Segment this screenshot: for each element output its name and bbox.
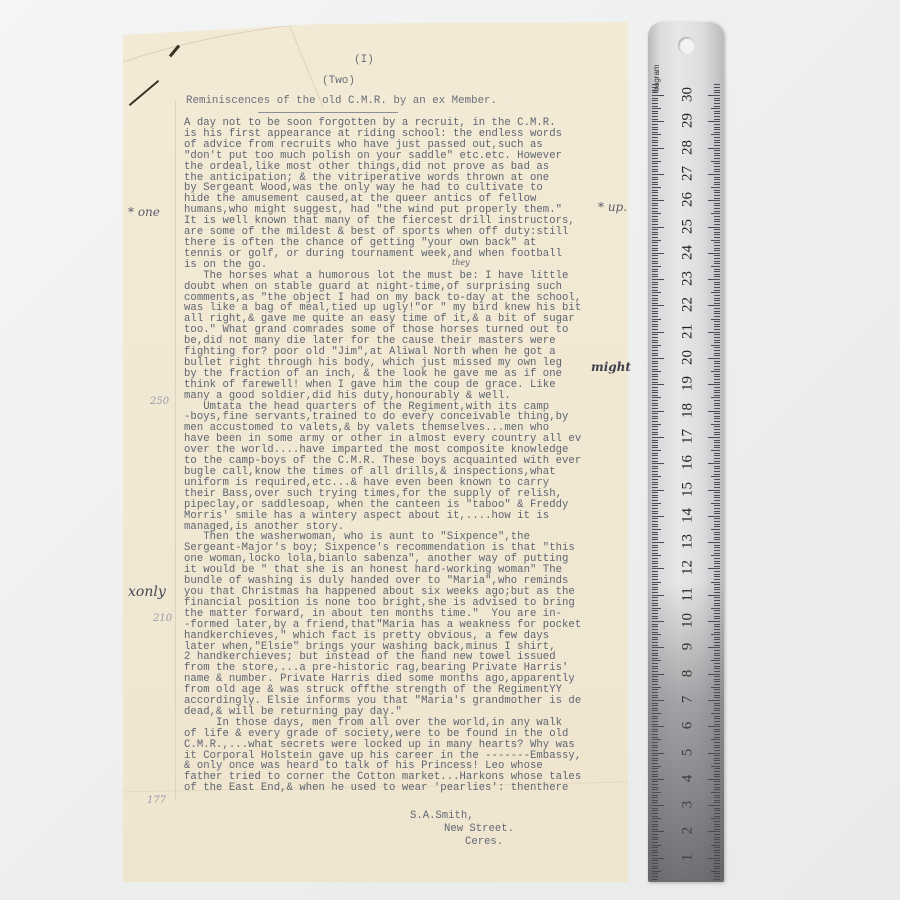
ruler-tick	[714, 313, 720, 314]
ruler-tick	[652, 566, 658, 567]
ruler-tick	[652, 237, 658, 238]
ruler-tick	[714, 834, 720, 835]
ruler-tick	[652, 466, 658, 467]
ruler-tick	[652, 208, 658, 209]
ruler-tick	[652, 692, 658, 693]
ruler-tick	[714, 697, 720, 698]
ruler-tick	[714, 708, 720, 709]
ruler-tick	[652, 106, 658, 107]
ruler-tick	[708, 726, 720, 727]
ruler-tick	[714, 505, 720, 506]
ruler-tick	[714, 837, 720, 838]
ruler-tick	[714, 250, 720, 251]
ruler-tick	[714, 576, 720, 577]
ruler-tick	[652, 858, 664, 859]
ruler-tick	[708, 437, 720, 438]
ruler-tick	[714, 390, 720, 391]
ruler-tick	[652, 461, 658, 462]
ruler-tick	[714, 539, 720, 540]
ruler-tick	[652, 140, 658, 141]
ruler-tick	[652, 158, 658, 159]
ruler-tick	[652, 776, 658, 777]
ruler-tick	[652, 308, 658, 309]
ruler-tick	[652, 274, 658, 275]
ruler-tick	[711, 529, 720, 530]
ruler-tick	[714, 742, 720, 743]
ruler-tick	[652, 579, 658, 580]
ruler-tick	[711, 371, 720, 372]
ruler-tick	[714, 219, 720, 220]
ruler-tick	[714, 445, 720, 446]
ruler-tick	[714, 629, 720, 630]
ruler-tick	[714, 132, 720, 133]
ruler-tick	[652, 810, 658, 811]
ruler-tick	[652, 384, 664, 385]
ruler-tick	[652, 190, 658, 191]
body-line: the ordeal,like most other things,did no…	[184, 162, 581, 173]
ruler-tick	[652, 382, 658, 383]
ruler-tick	[714, 245, 720, 246]
ruler-tick	[714, 574, 720, 575]
ruler-tick	[652, 92, 658, 93]
ruler-tick	[714, 321, 720, 322]
ruler-tick	[714, 589, 720, 590]
ruler-tick	[652, 779, 664, 780]
ruler-tick	[714, 524, 720, 525]
ruler-tick	[652, 127, 658, 128]
ruler-tick	[714, 679, 720, 680]
ruler-tick	[652, 211, 658, 212]
ruler-tick	[714, 324, 720, 325]
ruler-tick	[714, 716, 720, 717]
ruler-tick	[711, 450, 720, 451]
ruler-tick	[714, 374, 720, 375]
ruler-tick	[708, 516, 720, 517]
ruler-tick	[714, 429, 720, 430]
ruler-tick	[714, 784, 720, 785]
signature-name: S.A.Smith,	[410, 810, 474, 823]
pencil-stroke	[129, 80, 159, 106]
ruler-tick	[714, 561, 720, 562]
ruler-tick	[714, 879, 720, 880]
ruler-tick	[652, 300, 658, 301]
ruler-tick	[714, 237, 720, 238]
ruler-tick	[652, 116, 658, 117]
ruler-tick	[714, 729, 720, 730]
ruler-tick	[714, 442, 720, 443]
ruler-tick	[714, 497, 720, 498]
ruler-tick	[714, 866, 720, 867]
ruler-tick	[652, 797, 658, 798]
ruler-tick	[714, 566, 720, 567]
ruler-tick	[714, 195, 720, 196]
ruler-tick	[652, 263, 658, 264]
ruler-tick	[714, 774, 720, 775]
ruler-tick	[652, 487, 658, 488]
ruler-tick	[711, 739, 720, 740]
ruler-tick	[652, 592, 658, 593]
ruler-tick	[652, 539, 658, 540]
ruler-tick	[652, 421, 658, 422]
ruler-tick	[714, 508, 720, 509]
ruler-tick	[714, 303, 720, 304]
ruler-number: 4	[680, 766, 697, 790]
ruler-tick	[652, 355, 658, 356]
ruler-tick	[652, 568, 664, 569]
ruler-tick	[652, 492, 658, 493]
ruler-tick	[714, 842, 720, 843]
ruler-tick	[652, 855, 658, 856]
ruler-tick	[714, 395, 720, 396]
ruler-tick	[652, 169, 658, 170]
ruler-tick	[708, 279, 720, 280]
ruler-tick	[652, 434, 658, 435]
ruler-tick	[714, 177, 720, 178]
ruler-tick	[714, 513, 720, 514]
ruler-tick	[652, 358, 664, 359]
ruler-tick	[714, 484, 720, 485]
ruler-tick	[714, 190, 720, 191]
ruler-tick	[652, 603, 658, 604]
ruler-tick	[652, 332, 664, 333]
ruler-tick	[714, 416, 720, 417]
ruler-tick	[652, 705, 658, 706]
ruler-tick	[714, 781, 720, 782]
ruler-tick	[652, 363, 658, 364]
ruler-tick	[711, 608, 720, 609]
ruler-tick	[652, 829, 658, 830]
ruler-number: 30	[680, 83, 697, 107]
ruler-tick	[652, 405, 658, 406]
ruler-tick	[652, 495, 658, 496]
ruler-tick	[714, 839, 720, 840]
ruler-tick	[652, 589, 658, 590]
ruler-tick	[652, 324, 658, 325]
ruler-tick	[714, 418, 720, 419]
ruler-tick	[652, 90, 658, 91]
ruler-tick	[714, 553, 720, 554]
ruler-tick	[708, 621, 720, 622]
ruler-tick	[714, 731, 720, 732]
ruler-number: 7	[680, 687, 697, 711]
ruler-tick	[714, 413, 720, 414]
ruler-tick	[714, 482, 720, 483]
ruler-tick	[714, 618, 720, 619]
ruler-tick	[714, 119, 720, 120]
ruler-tick	[708, 647, 720, 648]
ruler-tick	[714, 203, 720, 204]
ruler-tick	[652, 647, 664, 648]
ruler-number: 12	[680, 556, 697, 580]
ruler-tick	[652, 500, 658, 501]
ruler-tick	[652, 624, 658, 625]
ruler-tick	[714, 684, 720, 685]
ruler-tick	[652, 124, 658, 125]
ruler-tick	[708, 463, 720, 464]
ruler-tick	[714, 605, 720, 606]
ruler-tick	[714, 334, 720, 335]
ruler-tick	[714, 232, 720, 233]
ruler-tick	[714, 603, 720, 604]
ruler-tick	[652, 213, 661, 214]
ruler-tick	[652, 171, 658, 172]
ruler-tick	[652, 729, 658, 730]
ruler-tick	[652, 184, 658, 185]
ruler-tick	[714, 721, 720, 722]
ruler-tick	[714, 558, 720, 559]
ruler-tick	[714, 824, 720, 825]
ruler-tick	[652, 802, 658, 803]
ruler-tick	[714, 432, 720, 433]
ruler-tick	[652, 860, 658, 861]
ruler-tick	[652, 221, 658, 222]
ruler-tick	[714, 447, 720, 448]
ruler-tick	[708, 305, 720, 306]
ruler-tick	[652, 513, 658, 514]
ruler-tick	[714, 847, 720, 848]
ruler-tick	[652, 845, 661, 846]
ruler-tick	[714, 466, 720, 467]
ruler-tick	[652, 816, 658, 817]
ruler-tick	[652, 847, 658, 848]
ruler-tick	[714, 471, 720, 472]
ruler-tick	[652, 595, 664, 596]
ruler-tick	[714, 216, 720, 217]
ruler-tick	[652, 668, 658, 669]
ruler-tick	[652, 445, 658, 446]
ruler-tick	[652, 416, 658, 417]
ruler-tick	[714, 592, 720, 593]
ruler-tick	[652, 645, 658, 646]
body-line: C.M.R.,...what secrets were locked up in…	[184, 740, 581, 751]
ruler-tick	[714, 163, 720, 164]
ruler-tick	[714, 129, 720, 130]
ruler-hang-hole	[678, 37, 695, 54]
ruler-tick	[708, 779, 720, 780]
ruler-tick	[714, 145, 720, 146]
body-line: pipeclay,or saddlesoap, when the canteen…	[184, 500, 581, 511]
ruler-tick	[652, 587, 658, 588]
staple-mark	[169, 45, 180, 58]
ruler-tick	[652, 679, 658, 680]
ruler-tick	[652, 666, 658, 667]
ruler-tick	[652, 760, 658, 761]
ruler-tick	[652, 558, 658, 559]
ruler-tick	[714, 355, 720, 356]
ruler-tick	[714, 127, 720, 128]
ruler-tick	[714, 300, 720, 301]
ruler-tick	[711, 161, 720, 162]
ruler-tick	[714, 645, 720, 646]
ruler-tick	[714, 734, 720, 735]
ruler-tick	[652, 271, 658, 272]
ruler-tick	[714, 366, 720, 367]
ruler-tick	[652, 660, 661, 661]
ruler-tick	[652, 195, 658, 196]
ruler-tick	[652, 850, 658, 851]
ruler-tick	[652, 637, 658, 638]
ruler-tick	[714, 369, 720, 370]
ruler-tick	[652, 400, 658, 401]
ruler-tick	[711, 266, 720, 267]
ruler-tick	[708, 253, 720, 254]
ruler-tick	[652, 676, 658, 677]
ruler-tick	[652, 376, 658, 377]
ruler-tick	[652, 561, 658, 562]
ruler-tick	[708, 332, 720, 333]
ruler-tick	[714, 795, 720, 796]
ruler-tick	[652, 453, 658, 454]
ruler-tick	[652, 734, 658, 735]
ruler-tick	[711, 634, 720, 635]
ruler-tick	[652, 269, 658, 270]
ruler-tick	[714, 876, 720, 877]
ruler-number: 27	[680, 161, 697, 185]
ruler-tick	[714, 492, 720, 493]
ruler-tick	[652, 411, 664, 412]
ruler-tick	[711, 871, 720, 872]
pencil-number-210: 210	[153, 613, 172, 624]
ruler-tick	[708, 753, 720, 754]
ruler-tick	[711, 713, 720, 714]
ruler-tick	[652, 95, 664, 96]
ruler-tick	[652, 516, 664, 517]
ruler-tick	[652, 440, 658, 441]
ruler-tick	[652, 148, 664, 149]
ruler-tick	[714, 632, 720, 633]
ruler-tick	[714, 376, 720, 377]
ruler-tick	[652, 250, 658, 251]
ruler-tick	[714, 255, 720, 256]
ruler-tick	[652, 108, 661, 109]
ruler-tick	[714, 284, 720, 285]
ruler-tick	[652, 150, 658, 151]
ruler-number: 1	[680, 845, 697, 869]
ruler-tick	[714, 653, 720, 654]
ruler-tick	[714, 550, 720, 551]
ruler-tick	[652, 726, 664, 727]
ruler-tick	[714, 521, 720, 522]
ruler-tick	[652, 192, 658, 193]
margin-rule	[175, 100, 176, 800]
ruler-tick	[708, 858, 720, 859]
ruler-tick	[652, 227, 664, 228]
ruler-tick	[714, 639, 720, 640]
ruler-tick	[711, 240, 720, 241]
ruler-tick	[652, 750, 658, 751]
ruler-tick	[711, 213, 720, 214]
ruler-tick	[652, 216, 658, 217]
ruler-tick	[652, 87, 658, 88]
ruler-tick	[714, 461, 720, 462]
ruler-tick	[652, 450, 661, 451]
ruler-number: 20	[680, 346, 697, 370]
ruler-tick	[652, 369, 658, 370]
ruler-tick	[714, 137, 720, 138]
ruler-tick	[652, 737, 658, 738]
ruler-tick	[714, 763, 720, 764]
ruler-tick	[708, 674, 720, 675]
ruler-tick	[714, 192, 720, 193]
ruler-tick	[652, 545, 658, 546]
ruler-number: 5	[680, 740, 697, 764]
ruler-tick	[652, 718, 658, 719]
ruler-tick	[714, 400, 720, 401]
ruler-tick	[652, 379, 658, 380]
ruler-tick	[652, 689, 658, 690]
ruler-tick	[652, 532, 658, 533]
ruler-tick	[714, 760, 720, 761]
ruler-tick	[652, 879, 658, 880]
page-number: (I)	[354, 54, 374, 66]
ruler-tick	[714, 116, 720, 117]
ruler-tick	[652, 671, 658, 672]
ruler-tick	[708, 200, 720, 201]
ruler-tick	[714, 184, 720, 185]
body-line: "don't put too much polish on your saddl…	[184, 151, 581, 162]
ruler-tick	[714, 658, 720, 659]
ruler-tick	[714, 676, 720, 677]
ruler-tick	[652, 708, 658, 709]
ruler-tick	[652, 353, 658, 354]
ruler-tick	[714, 271, 720, 272]
ruler-tick	[652, 129, 658, 130]
ruler-tick	[652, 442, 658, 443]
ruler-tick	[652, 390, 658, 391]
ruler-number: 8	[680, 661, 697, 685]
ruler-tick	[714, 816, 720, 817]
ruler-tick	[652, 526, 658, 527]
ruler-tick	[652, 871, 661, 872]
ruler-tick	[652, 255, 658, 256]
ruler-tick	[714, 295, 720, 296]
ruler-tick	[652, 524, 658, 525]
ruler-tick	[652, 403, 658, 404]
ruler-tick	[652, 800, 658, 801]
ruler-tick	[652, 337, 658, 338]
ruler-tick	[652, 387, 658, 388]
ruler-tick	[652, 200, 664, 201]
ruler-tick	[714, 666, 720, 667]
ruler-tick	[714, 421, 720, 422]
ruler-tick	[652, 695, 658, 696]
ruler-number: 19	[680, 372, 697, 396]
ruler-tick	[652, 868, 658, 869]
ruler-number: 26	[680, 188, 697, 212]
ruler-tick	[711, 818, 720, 819]
ruler-tick	[708, 384, 720, 385]
ruler-tick	[652, 818, 661, 819]
ruler-tick	[652, 166, 658, 167]
ruler-tick	[652, 576, 658, 577]
ruler-tick	[714, 500, 720, 501]
ruler-tick	[711, 424, 720, 425]
ruler-tick	[652, 142, 658, 143]
ruler-tick	[652, 745, 658, 746]
ruler-tick	[652, 179, 658, 180]
ruler-tick	[714, 311, 720, 312]
ruler-tick	[652, 111, 658, 112]
ruler-tick	[652, 550, 658, 551]
ruler-number: 24	[680, 240, 697, 264]
ruler-tick	[714, 308, 720, 309]
ruler-tick	[708, 805, 720, 806]
ruler-tick	[711, 555, 720, 556]
ruler-tick	[652, 781, 658, 782]
ruler-tick	[711, 845, 720, 846]
ruler-tick	[714, 797, 720, 798]
ruler-tick	[652, 374, 658, 375]
